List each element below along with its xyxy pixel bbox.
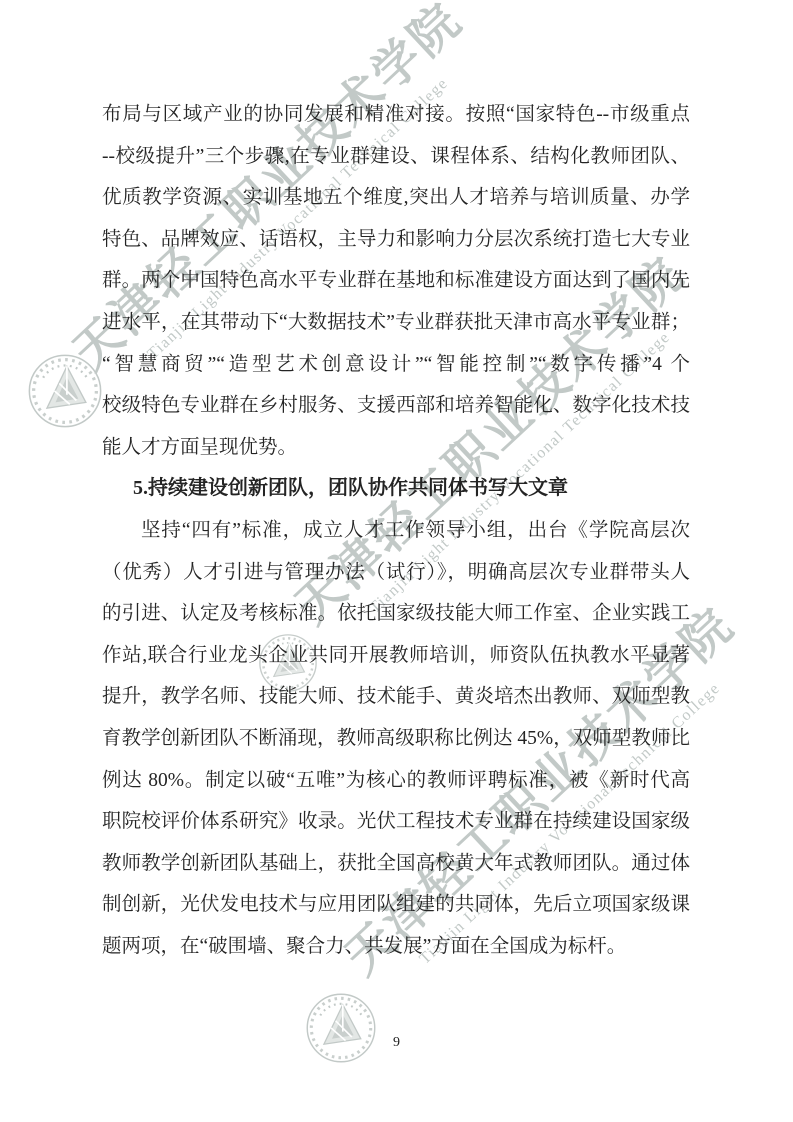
text-line: 特色、品牌效应、话语权，主导力和影响力分层次系统打造七大专业 <box>102 219 690 261</box>
school-seal-icon <box>27 353 103 434</box>
page-number: 9 <box>0 1035 793 1051</box>
text-line: 职院校评价体系研究》收录。光伏工程技术专业群在持续建设国家级 <box>102 801 690 843</box>
text-line: 校级特色专业群在乡村服务、支援西部和培养智能化、数字化技术技 <box>102 385 690 427</box>
text-line: （优秀）人才引进与管理办法（试行）》，明确高层次专业群带头人 <box>102 552 690 594</box>
text-line: 提升，教学名师、技能大师、技术能手、黄炎培杰出教师、双师型教 <box>102 676 690 718</box>
document-page: 天津轻工职业技术学院 Tianjin Light Industry Vocati… <box>0 0 793 1122</box>
text-line: 进水平，在其带动下“大数据技术”专业群获批天津市高水平专业群； <box>102 302 690 344</box>
text-line: 育教学创新团队不断涌现，教师高级职称比例达 45%，双师型教师比 <box>102 718 690 760</box>
text-line: 例达 80%。制定以破“五唯”为核心的教师评聘标准，被《新时代高 <box>102 760 690 802</box>
document-body: 布局与区域产业的协同发展和精准对接。按照“国家特色--市级重点 --校级提升”三… <box>102 94 690 967</box>
text-line: 制创新，光伏发电技术与应用团队组建的共同体，先后立项国家级课 <box>102 884 690 926</box>
text-line: 布局与区域产业的协同发展和精准对接。按照“国家特色--市级重点 <box>102 94 690 136</box>
text-line: 的引进、认定及考核标准。依托国家级技能大师工作室、企业实践工 <box>102 593 690 635</box>
text-line: 教师教学创新团队基础上，获批全国高校黄大年式教师团队。通过体 <box>102 843 690 885</box>
text-line: 能人才方面呈现优势。 <box>102 427 690 469</box>
school-seal-icon <box>305 992 377 1069</box>
text-line: 群。两个中国特色高水平专业群在基地和标准建设方面达到了国内先 <box>102 260 690 302</box>
text-line: “智慧商贸”“造型艺术创意设计”“智能控制”“数字传播”4 个 <box>102 344 690 386</box>
section-heading: 5.持续建设创新团队，团队协作共同体书写大文章 <box>102 468 690 510</box>
text-line: --校级提升”三个步骤,在专业群建设、课程体系、结构化教师团队、 <box>102 136 690 178</box>
text-line: 坚持“四有”标准，成立人才工作领导小组，出台《学院高层次 <box>102 510 690 552</box>
text-line: 优质教学资源、实训基地五个维度,突出人才培养与培训质量、办学 <box>102 177 690 219</box>
text-line: 作站,联合行业龙头企业共同开展教师培训，师资队伍执教水平显著 <box>102 635 690 677</box>
text-line: 题两项，在“破围墙、聚合力、共发展”方面在全国成为标杆。 <box>102 926 690 968</box>
